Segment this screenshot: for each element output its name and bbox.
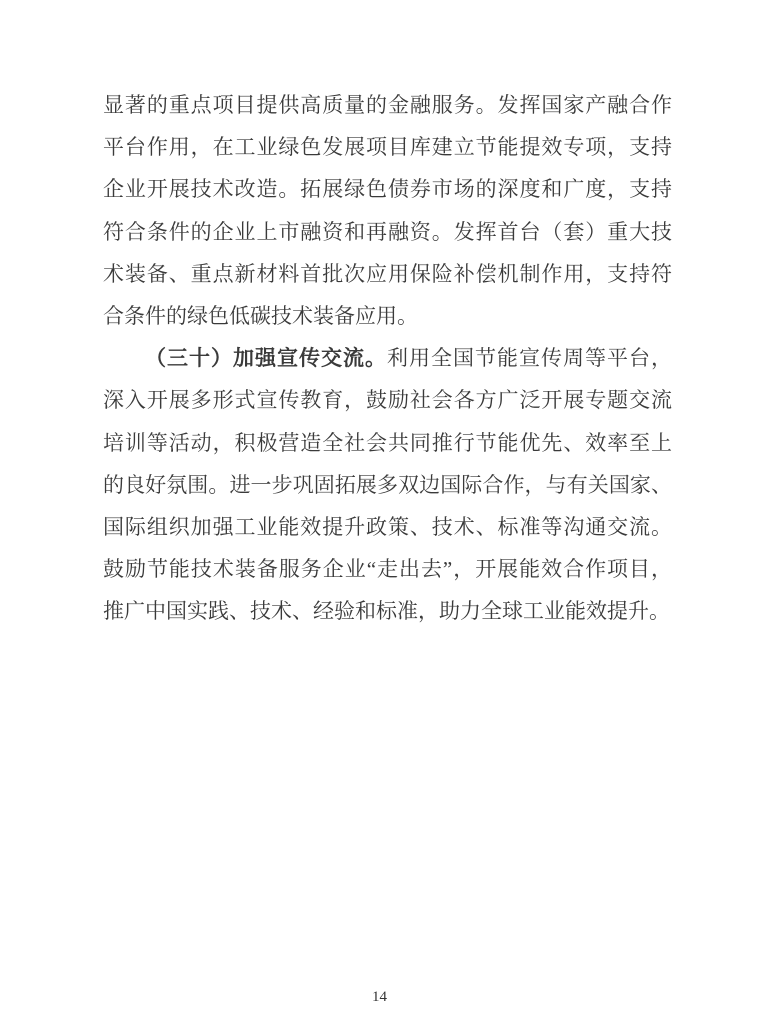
text-line: 显著的重点项目提供高质量的金融服务。发挥国家产融合作 <box>103 84 672 126</box>
text-line: 平台作用，在工业绿色发展项目库建立节能提效专项，支持 <box>103 126 672 168</box>
text-line: 企业开展技术改造。拓展绿色债券市场的深度和广度，支持 <box>103 168 672 210</box>
text-line: 符合条件的企业上市融资和再融资。发挥首台（套）重大技 <box>103 211 672 253</box>
section-lead-text: 利用全国节能宣传周等平台， <box>387 346 672 370</box>
text-line: 国际组织加强工业能效提升政策、技术、标准等沟通交流。 <box>103 506 672 548</box>
text-line: 培训等活动，积极营造全社会共同推行节能优先、效率至上 <box>103 422 672 464</box>
page-number: 14 <box>0 989 759 1006</box>
text-line: 推广中国实践、技术、经验和标准，助力全球工业能效提升。 <box>103 590 672 632</box>
section-heading: （三十）加强宣传交流。 <box>145 346 387 370</box>
text-line: 鼓励节能技术装备服务企业“走出去”，开展能效合作项目， <box>103 548 672 590</box>
text-line: 深入开展多形式宣传教育，鼓励社会各方广泛开展专题交流 <box>103 379 672 421</box>
section-heading-line: （三十）加强宣传交流。利用全国节能宣传周等平台， <box>103 337 672 379</box>
text-line: 术装备、重点新材料首批次应用保险补偿机制作用，支持符 <box>103 253 672 295</box>
text-line: 的良好氛围。进一步巩固拓展多双边国际合作，与有关国家、 <box>103 464 672 506</box>
text-line: 合条件的绿色低碳技术装备应用。 <box>103 295 672 337</box>
page-body-text: 显著的重点项目提供高质量的金融服务。发挥国家产融合作 平台作用，在工业绿色发展项… <box>103 84 672 632</box>
